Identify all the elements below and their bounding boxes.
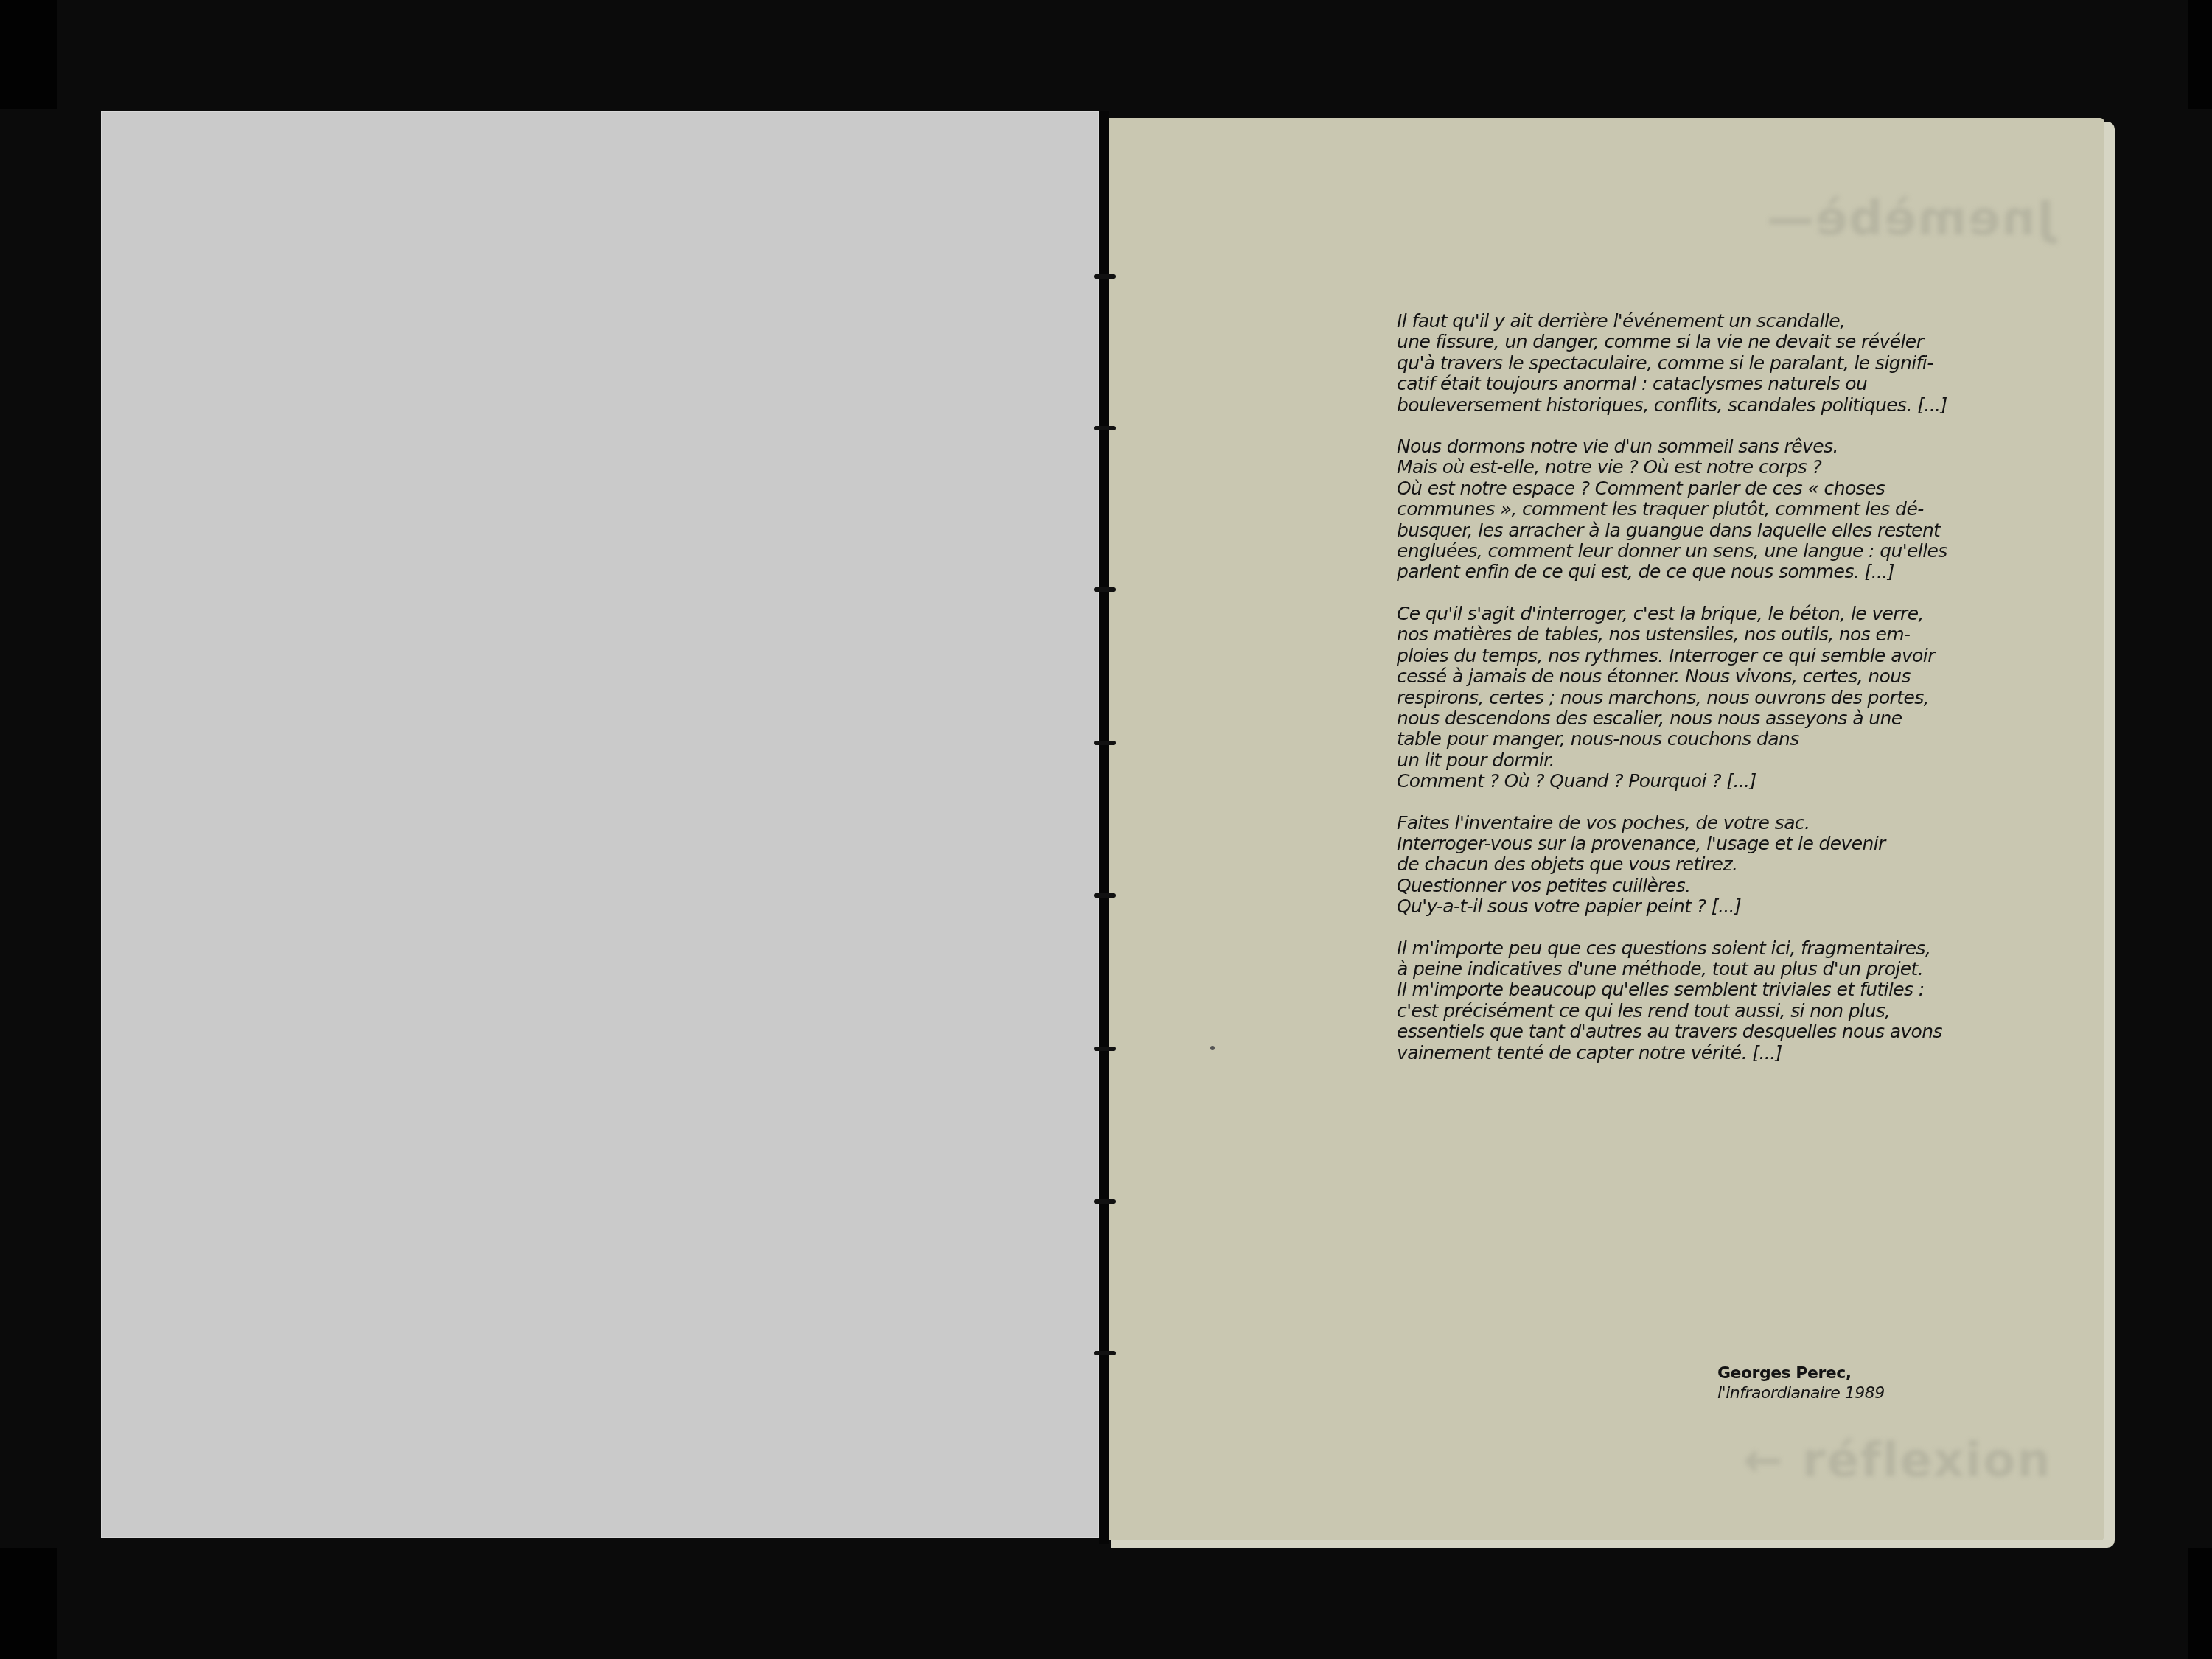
stitch-mark [1094,587,1116,592]
paragraph-1: Il faut qu'il y ait derrière l'événement… [1397,311,2045,416]
left-page-blank [101,111,1099,1538]
paragraph-2: Nous dormons notre vie d'un sommeil sans… [1397,436,2045,583]
photo-corner-bottom-left [0,1548,57,1659]
stitch-mark [1094,1199,1116,1204]
attribution-author: Georges Perec, [1717,1363,1885,1383]
stitch-mark [1094,1351,1116,1355]
bleed-through-header: Jnemèbè— [1765,192,2054,246]
stitch-mark [1094,741,1116,745]
photo-corner-bottom-right [2188,1548,2212,1659]
photo-corner-top-left [0,0,57,109]
paragraph-4: Faites l'inventaire de vos poches, de vo… [1397,813,2045,918]
photo-corner-top-right [2188,0,2212,109]
quote-text-block: Il faut qu'il y ait derrière l'événement… [1397,311,2045,1084]
stitch-mark [1094,274,1116,279]
attribution-work: l'infraordianaire 1989 [1717,1383,1885,1403]
stitch-mark [1094,893,1116,898]
bleed-through-footer: ← réflexion [1743,1433,2052,1488]
paragraph-5: Il m'importe peu que ces questions soien… [1397,938,2045,1063]
booklet-spine [1099,111,1109,1544]
stitch-mark [1094,426,1116,430]
paragraph-3: Ce qu'il s'agit d'interroger, c'est la b… [1397,604,2045,792]
stitch-mark [1094,1047,1116,1051]
paper-speck [1210,1046,1215,1050]
attribution: Georges Perec, l'infraordianaire 1989 [1717,1363,1885,1403]
